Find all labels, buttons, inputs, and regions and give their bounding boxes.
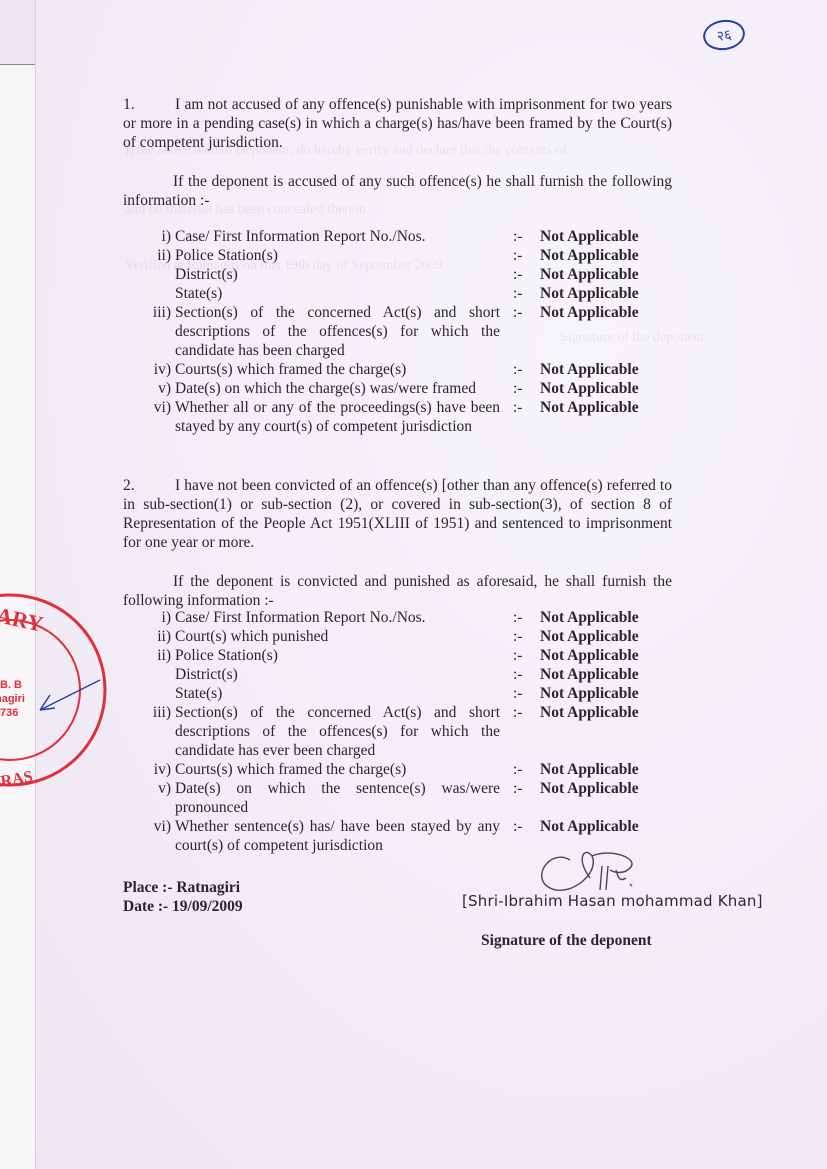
item-separator: :-	[513, 684, 522, 703]
item-numeral: vi)	[123, 398, 171, 417]
signature-caption: Signature of the deponent	[481, 932, 652, 950]
item-label: District(s)	[175, 265, 500, 284]
info-row: State(s):-Not Applicable	[123, 684, 683, 703]
item-label: State(s)	[175, 684, 500, 703]
svg-text:nagiri: nagiri	[0, 693, 25, 705]
item-separator: :-	[513, 646, 522, 665]
info-row: ii)Police Station(s):-Not Applicable	[123, 646, 683, 665]
item-separator: :-	[513, 284, 522, 303]
item-value: Not Applicable	[540, 284, 639, 303]
info-row: vi)Whether all or any of the proceedings…	[123, 398, 683, 455]
info-row: District(s):-Not Applicable	[123, 265, 683, 284]
item-separator: :-	[513, 360, 522, 379]
item-separator: :-	[513, 703, 522, 722]
item-value: Not Applicable	[540, 779, 639, 798]
item-value: Not Applicable	[540, 684, 639, 703]
item-value: Not Applicable	[540, 265, 639, 284]
item-value: Not Applicable	[540, 817, 639, 836]
svg-text:ARAS: ARAS	[0, 768, 34, 792]
item-value: Not Applicable	[540, 665, 639, 684]
item-numeral: v)	[123, 779, 171, 798]
item-label: Section(s) of the concerned Act(s) and s…	[175, 303, 500, 360]
section-2-statement: 2.I have not been convicted of an offenc…	[123, 476, 672, 552]
stamp-text-top: TARY	[0, 600, 46, 637]
item-label: District(s)	[175, 665, 500, 684]
item-separator: :-	[513, 379, 522, 398]
item-label: State(s)	[175, 284, 500, 303]
item-label: Case/ First Information Report No./Nos.	[175, 227, 500, 246]
item-numeral: i)	[123, 227, 171, 246]
item-numeral: ii)	[123, 646, 171, 665]
item-numeral: iii)	[123, 303, 171, 322]
item-label: Date(s) on which the sentence(s) was/wer…	[175, 779, 500, 817]
svg-text:B. B: B. B	[0, 679, 22, 691]
item-value: Not Applicable	[540, 379, 639, 398]
section-2-instruction: If the deponent is convicted and punishe…	[123, 572, 672, 610]
item-separator: :-	[513, 760, 522, 779]
item-numeral: ii)	[123, 246, 171, 265]
item-value: Not Applicable	[540, 246, 639, 265]
svg-text:736: 736	[0, 707, 18, 719]
section-2-text: I have not been convicted of an offence(…	[123, 477, 672, 551]
item-value: Not Applicable	[540, 227, 639, 246]
info-row: iii)Section(s) of the concerned Act(s) a…	[123, 303, 683, 360]
item-separator: :-	[513, 665, 522, 684]
section-1-statement: 1.I am not accused of any offence(s) pun…	[123, 95, 672, 152]
notary-stamp: TARY B. B nagiri 736 ARAS	[0, 570, 110, 810]
info-row: iv)Courts(s) which framed the charge(s):…	[123, 760, 683, 779]
info-row: District(s):-Not Applicable	[123, 665, 683, 684]
section-1-instruction: If the deponent is accused of any such o…	[123, 172, 672, 210]
info-row: ii)Police Station(s):-Not Applicable	[123, 246, 683, 265]
info-row: iii)Section(s) of the concerned Act(s) a…	[123, 703, 683, 760]
info-row: v)Date(s) on which the charge(s) was/wer…	[123, 379, 683, 398]
item-numeral: v)	[123, 379, 171, 398]
item-separator: :-	[513, 265, 522, 284]
item-numeral: ii)	[123, 627, 171, 646]
page-number: २६	[701, 17, 747, 53]
item-label: Whether all or any of the proceedings(s)…	[175, 398, 500, 436]
info-row: ii)Court(s) which punished:-Not Applicab…	[123, 627, 683, 646]
item-label: Courts(s) which framed the charge(s)	[175, 360, 500, 379]
item-value: Not Applicable	[540, 303, 639, 322]
item-numeral: vi)	[123, 817, 171, 836]
item-numeral: i)	[123, 608, 171, 627]
item-separator: :-	[513, 779, 522, 798]
info-row: v)Date(s) on which the sentence(s) was/w…	[123, 779, 683, 817]
item-label: Courts(s) which framed the charge(s)	[175, 760, 500, 779]
item-label: Section(s) of the concerned Act(s) and s…	[175, 703, 500, 760]
info-row: i)Case/ First Information Report No./Nos…	[123, 227, 683, 246]
item-separator: :-	[513, 246, 522, 265]
section-number: 2.	[123, 476, 175, 495]
item-numeral: iv)	[123, 360, 171, 379]
item-label: Date(s) on which the charge(s) was/were …	[175, 379, 500, 398]
item-label: Police Station(s)	[175, 646, 500, 665]
date-line: Date :- 19/09/2009	[123, 897, 243, 916]
item-separator: :-	[513, 817, 522, 836]
item-separator: :-	[513, 627, 522, 646]
item-label: Police Station(s)	[175, 246, 500, 265]
item-separator: :-	[513, 227, 522, 246]
info-row: iv)Courts(s) which framed the charge(s):…	[123, 360, 683, 379]
item-value: Not Applicable	[540, 627, 639, 646]
item-value: Not Applicable	[540, 646, 639, 665]
item-separator: :-	[513, 303, 522, 322]
item-value: Not Applicable	[540, 608, 639, 627]
deponent-name-handwritten: [Shri-Ibrahim Hasan mohammad Khan]	[462, 892, 763, 910]
info-row: i)Case/ First Information Report No./Nos…	[123, 608, 683, 627]
item-label: Court(s) which punished	[175, 627, 500, 646]
section-number: 1.	[123, 95, 175, 114]
item-label: Whether sentence(s) has/ have been staye…	[175, 817, 500, 855]
document-page: I, the above named Deponent, do hereby v…	[0, 0, 827, 1169]
place-line: Place :- Ratnagiri	[123, 878, 240, 897]
item-value: Not Applicable	[540, 360, 639, 379]
item-label: Case/ First Information Report No./Nos.	[175, 608, 500, 627]
item-value: Not Applicable	[540, 760, 639, 779]
item-numeral: iv)	[123, 760, 171, 779]
item-separator: :-	[513, 608, 522, 627]
item-numeral: iii)	[123, 703, 171, 722]
info-row: State(s):-Not Applicable	[123, 284, 683, 303]
item-separator: :-	[513, 398, 522, 417]
section-1-text: I am not accused of any offence(s) punis…	[123, 96, 672, 151]
item-value: Not Applicable	[540, 398, 639, 417]
item-value: Not Applicable	[540, 703, 639, 722]
